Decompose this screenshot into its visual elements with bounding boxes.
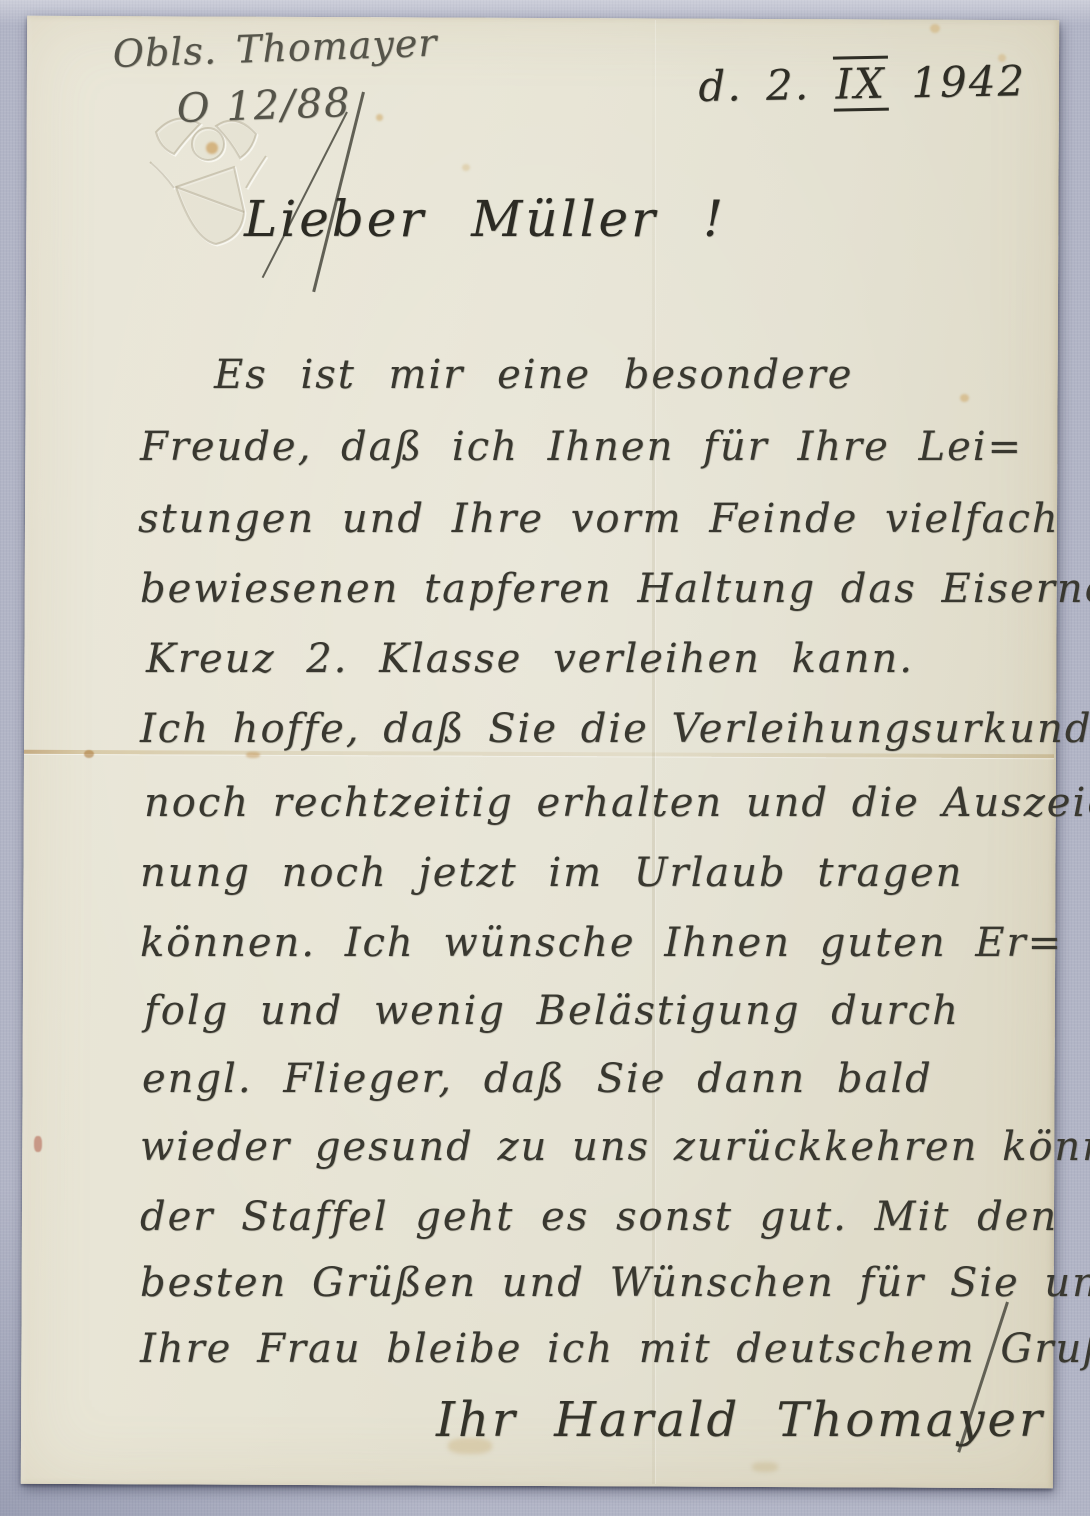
date-year: 1942 (911, 56, 1027, 107)
handwritten-line: stungen und Ihre vorm Feinde vielfach (138, 496, 1060, 542)
handwritten-line: können. Ich wünsche Ihnen guten Er= (140, 920, 1063, 966)
date-prefix: d. 2. (698, 60, 811, 111)
handwritten-line: der Staffel geht es sonst gut. Mit den (140, 1194, 1058, 1240)
sender-number-line: O 12/88 (176, 80, 352, 132)
date-month-roman: IX (833, 56, 888, 112)
photograph-of-letter: Obls. Thomayer O 12/88 d. 2. IX 1942 Lie… (0, 0, 1090, 1516)
handwritten-line: Kreuz 2. Klasse verleihen kann. (146, 636, 914, 682)
signature: Ihr Harald Thomayer (436, 1392, 1045, 1448)
handwritten-line: Ich hoffe, daß Sie die Verleihungsurkund… (140, 706, 1090, 752)
handwritten-line: Es ist mir eine besondere (214, 352, 853, 398)
handwritten-line: besten Grüßen und Wünschen für Sie und (140, 1260, 1090, 1306)
handwritten-line: Freude, daß ich Ihnen für Ihre Lei= (140, 424, 1023, 470)
handwritten-line: nung noch jetzt im Urlaub tragen (140, 850, 963, 896)
handwritten-line: wieder gesund zu uns zurückkehren können… (140, 1124, 1090, 1170)
salutation: Lieber Müller ! (244, 190, 726, 248)
handwritten-line: noch rechtzeitig erhalten und die Auszei… (144, 780, 1090, 826)
handwritten-line: engl. Flieger, daß Sie dann bald (142, 1056, 933, 1102)
date-line: d. 2. IX 1942 (698, 56, 1027, 111)
handwritten-line: Ihre Frau bleibe ich mit deutschem Gruß. (140, 1326, 1090, 1372)
handwritten-line: bewiesenen tapferen Haltung das Eiserne (140, 566, 1090, 612)
handwritten-line: folg und wenig Belästigung durch (144, 988, 960, 1034)
